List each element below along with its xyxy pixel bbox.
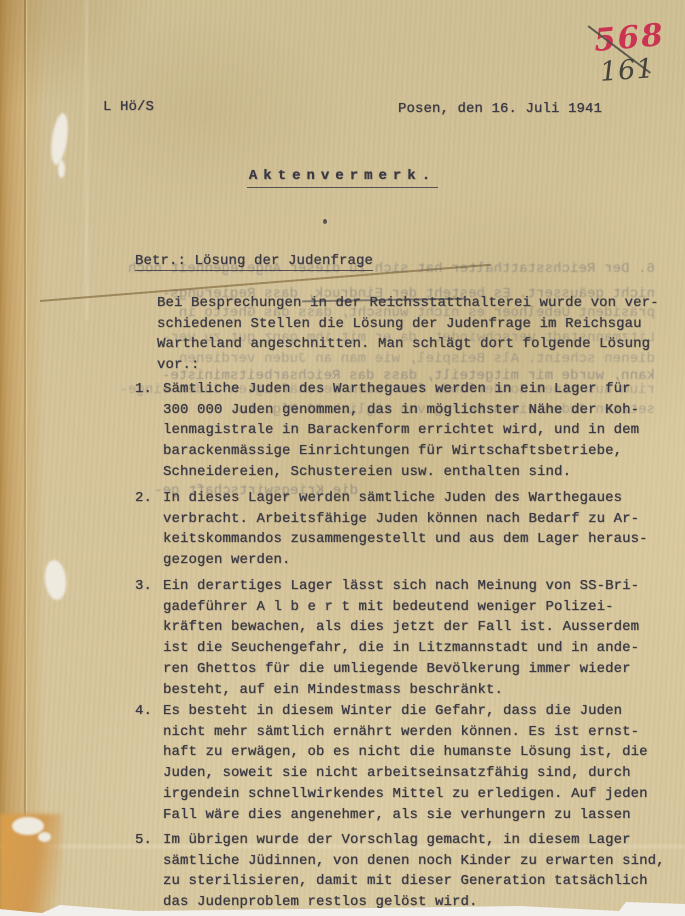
doc-title: Aktenvermerk. [0, 166, 685, 187]
scan-background: 6. Der Reichsstatthalter hat sich zu die… [0, 0, 685, 916]
item-number: 4. [135, 701, 163, 825]
date-line: Posen, den 16. Juli 1941 [398, 99, 602, 120]
vertical-crease [24, 0, 26, 916]
ink-speck [323, 219, 327, 224]
item-text: Im übrigen wurde der Vorschlag gemacht, … [163, 830, 668, 913]
intro-paragraph: Bei Besprechungen in der Reichsstatthalt… [157, 293, 667, 376]
tear-spot [38, 832, 51, 842]
list-item-4: 4. Es besteht in diesem Winter die Gefah… [135, 701, 668, 825]
pencil-page-number: 161 [599, 53, 656, 88]
tear-spot [48, 112, 70, 166]
reference-mark: L Hö/S [103, 97, 154, 118]
item-text: Es besteht in diesem Winter die Gefahr, … [163, 701, 668, 825]
list-item-3: 3. Ein derartiges Lager lässt sich nach … [135, 576, 668, 700]
tear-spot [43, 559, 68, 601]
item-text: Sämtliche Juden des Warthegaues werden i… [163, 379, 668, 483]
item-text: In dieses Lager werden sämtliche Juden d… [163, 488, 668, 571]
item-text: Ein derartiges Lager lässt sich nach Mei… [163, 576, 668, 700]
list-item-2: 2. In dieses Lager werden sämtliche Jude… [135, 488, 668, 571]
item-number: 1. [135, 379, 163, 483]
paper-sheet: 6. Der Reichsstatthalter hat sich zu die… [0, 0, 685, 916]
item-number: 2. [135, 488, 163, 571]
item-number: 5. [135, 830, 163, 913]
item-number: 3. [135, 576, 163, 700]
subject-line: Betr.: Lösung der Judenfrage [135, 251, 373, 272]
list-item-1: 1. Sämtliche Juden des Warthegaues werde… [135, 379, 668, 483]
list-item-5: 5. Im übrigen wurde der Vorschlag gemach… [135, 830, 668, 913]
vertical-crease-light [85, 0, 88, 320]
